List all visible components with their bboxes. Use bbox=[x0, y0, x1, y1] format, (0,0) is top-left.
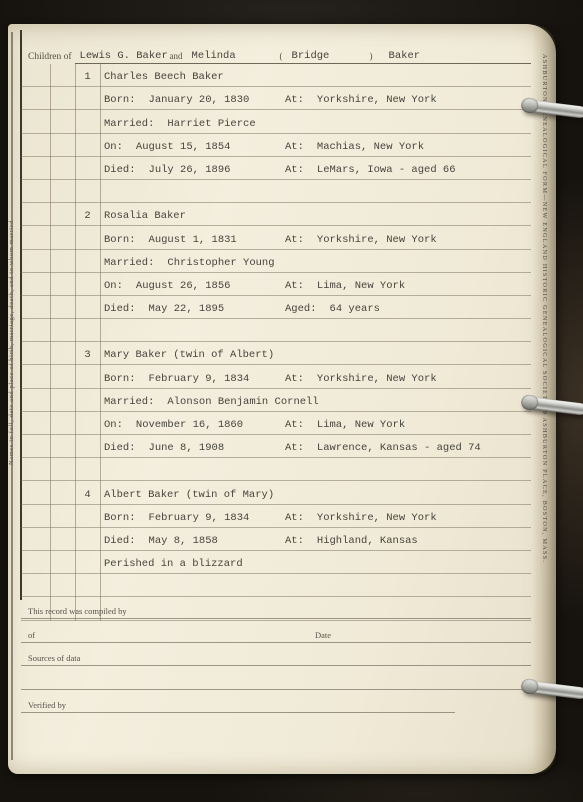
field-label: Married: bbox=[104, 257, 154, 269]
blank-row bbox=[21, 458, 531, 481]
entry-field-row: Died:May 8, 1858 At:Highland, Kansas bbox=[21, 528, 531, 551]
entry-number: 3 bbox=[75, 349, 100, 361]
field-label: Aged: bbox=[285, 303, 317, 315]
field-value: August 15, 1854 bbox=[136, 141, 231, 153]
field-label: Died: bbox=[104, 303, 136, 315]
field-value: May 22, 1895 bbox=[149, 303, 225, 315]
entry-field-row: On:August 15, 1854 At:Machias, New York bbox=[21, 134, 531, 157]
field-label: At: bbox=[285, 373, 304, 385]
field-value: 64 years bbox=[330, 303, 380, 315]
field-label: On: bbox=[104, 419, 123, 431]
paren-close: ) bbox=[366, 51, 377, 62]
field-value: February 9, 1834 bbox=[149, 512, 250, 524]
entry-field-row: Died:June 8, 1908 At:Lawrence, Kansas - … bbox=[21, 435, 531, 458]
date-label: Date bbox=[315, 630, 333, 642]
entry-field-row: On:November 16, 1860 At:Lima, New York bbox=[21, 412, 531, 435]
field-value: January 20, 1830 bbox=[149, 94, 250, 106]
entry-field-row: Born:February 9, 1834 At:Yorkshire, New … bbox=[21, 365, 531, 388]
child-name: Albert Baker (twin of Mary) bbox=[104, 489, 274, 501]
field-value: Yorkshire, New York bbox=[317, 94, 437, 106]
field-label: At: bbox=[285, 512, 304, 524]
left-margin-instructions: Names in full, date and place of birth, … bbox=[4, 160, 19, 524]
field-value: Alonson Benjamin Cornell bbox=[167, 396, 318, 408]
field-label: Born: bbox=[104, 512, 136, 524]
field-value: August 1, 1831 bbox=[149, 234, 237, 246]
field-value: Highland, Kansas bbox=[317, 535, 418, 547]
entry-field-row: Born:February 9, 1834 At:Yorkshire, New … bbox=[21, 505, 531, 528]
field-value: May 8, 1858 bbox=[149, 535, 218, 547]
paren-open: ( bbox=[276, 51, 287, 62]
field-label: Died: bbox=[104, 442, 136, 454]
child-name: Rosalia Baker bbox=[104, 210, 186, 222]
field-label: At: bbox=[285, 442, 304, 454]
field-label: Born: bbox=[104, 94, 136, 106]
field-label: Married: bbox=[104, 118, 154, 130]
field-value: LeMars, Iowa - aged 66 bbox=[317, 164, 456, 176]
child-name: Charles Beech Baker bbox=[104, 71, 224, 83]
entry-field-row: Born:August 1, 1831 At:Yorkshire, New Yo… bbox=[21, 226, 531, 249]
entry-number: 1 bbox=[75, 71, 100, 83]
field-value: Christopher Young bbox=[167, 257, 274, 269]
compiled-by-row: This record was compiled by bbox=[21, 596, 531, 619]
blank-row bbox=[21, 574, 531, 597]
field-value: November 16, 1860 bbox=[136, 419, 243, 431]
mother-surname: Baker bbox=[377, 50, 531, 62]
field-label: On: bbox=[104, 280, 123, 292]
field-value: Lawrence, Kansas - aged 74 bbox=[317, 442, 481, 454]
entry-name-row: 2 Rosalia Baker bbox=[21, 203, 531, 226]
field-value: June 8, 1908 bbox=[149, 442, 225, 454]
entry-name-row: 4 Albert Baker (twin of Mary) bbox=[21, 481, 531, 504]
blank-row bbox=[21, 319, 531, 342]
compiled-by-label: This record was compiled by bbox=[21, 606, 129, 618]
field-value: Yorkshire, New York bbox=[317, 512, 437, 524]
of-label: of bbox=[21, 630, 37, 642]
entry-note-row: Perished in a blizzard bbox=[21, 551, 531, 574]
child-name: Mary Baker (twin of Albert) bbox=[104, 349, 274, 361]
children-of-label: Children of bbox=[21, 52, 75, 64]
field-value: Harriet Pierce bbox=[167, 118, 255, 130]
field-value: February 9, 1834 bbox=[149, 373, 250, 385]
entry-number: 2 bbox=[75, 210, 100, 222]
field-label: Born: bbox=[104, 373, 136, 385]
parents-fill-line: Lewis G. Baker and Melinda ( Bridge ) Ba… bbox=[75, 50, 531, 64]
entry-number: 4 bbox=[75, 489, 100, 501]
and-label: and bbox=[166, 51, 187, 62]
children-record-table: Children of Lewis G. Baker and Melinda (… bbox=[21, 38, 531, 621]
right-margin-imprint: ASHBURTON GENEALOGICAL FORM—NEW ENGLAND … bbox=[538, 52, 551, 566]
mother-maiden-name: Bridge bbox=[287, 50, 366, 62]
of-date-row: of Date bbox=[21, 619, 531, 642]
field-label: At: bbox=[285, 535, 304, 547]
field-label: Married: bbox=[104, 396, 154, 408]
field-label: Died: bbox=[104, 164, 136, 176]
field-value: Lima, New York bbox=[317, 280, 405, 292]
field-value: Yorkshire, New York bbox=[317, 234, 437, 246]
death-note: Perished in a blizzard bbox=[104, 558, 243, 570]
field-value: July 26, 1896 bbox=[149, 164, 231, 176]
verified-by-row: Verified by bbox=[21, 690, 455, 713]
mother-first-name: Melinda bbox=[187, 50, 276, 62]
form-header: Children of Lewis G. Baker and Melinda (… bbox=[21, 38, 531, 64]
entry-field-row: Died:May 22, 1895 Aged:64 years bbox=[21, 296, 531, 319]
field-label: At: bbox=[285, 419, 304, 431]
entry-field-row: On:August 26, 1856 At:Lima, New York bbox=[21, 273, 531, 296]
field-label: At: bbox=[285, 94, 304, 106]
field-value: Lima, New York bbox=[317, 419, 405, 431]
blank-fill-row bbox=[21, 666, 531, 689]
field-value: Yorkshire, New York bbox=[317, 373, 437, 385]
father-name: Lewis G. Baker bbox=[75, 50, 166, 62]
sources-label: Sources of data bbox=[21, 653, 82, 665]
field-value: August 26, 1856 bbox=[136, 280, 231, 292]
field-label: Born: bbox=[104, 234, 136, 246]
genealogy-form-page: Names in full, date and place of birth, … bbox=[8, 24, 556, 774]
field-label: At: bbox=[285, 164, 304, 176]
entry-field-row: Married:Harriet Pierce bbox=[21, 110, 531, 133]
sources-row: Sources of data bbox=[21, 643, 531, 666]
field-label: At: bbox=[285, 234, 304, 246]
entry-name-row: 1 Charles Beech Baker bbox=[21, 64, 531, 87]
field-label: Died: bbox=[104, 535, 136, 547]
entry-field-row: Married:Christopher Young bbox=[21, 250, 531, 273]
field-label: On: bbox=[104, 141, 123, 153]
entry-field-row: Married:Alonson Benjamin Cornell bbox=[21, 389, 531, 412]
entry-field-row: Born:January 20, 1830 At:Yorkshire, New … bbox=[21, 87, 531, 110]
entry-name-row: 3 Mary Baker (twin of Albert) bbox=[21, 342, 531, 365]
blank-row bbox=[21, 180, 531, 203]
field-label: At: bbox=[285, 141, 304, 153]
record-footer: This record was compiled by of Date Sour… bbox=[21, 596, 531, 713]
field-label: At: bbox=[285, 280, 304, 292]
field-value: Machias, New York bbox=[317, 141, 424, 153]
verified-by-label: Verified by bbox=[21, 700, 68, 712]
entry-field-row: Died:July 26, 1896 At:LeMars, Iowa - age… bbox=[21, 157, 531, 180]
